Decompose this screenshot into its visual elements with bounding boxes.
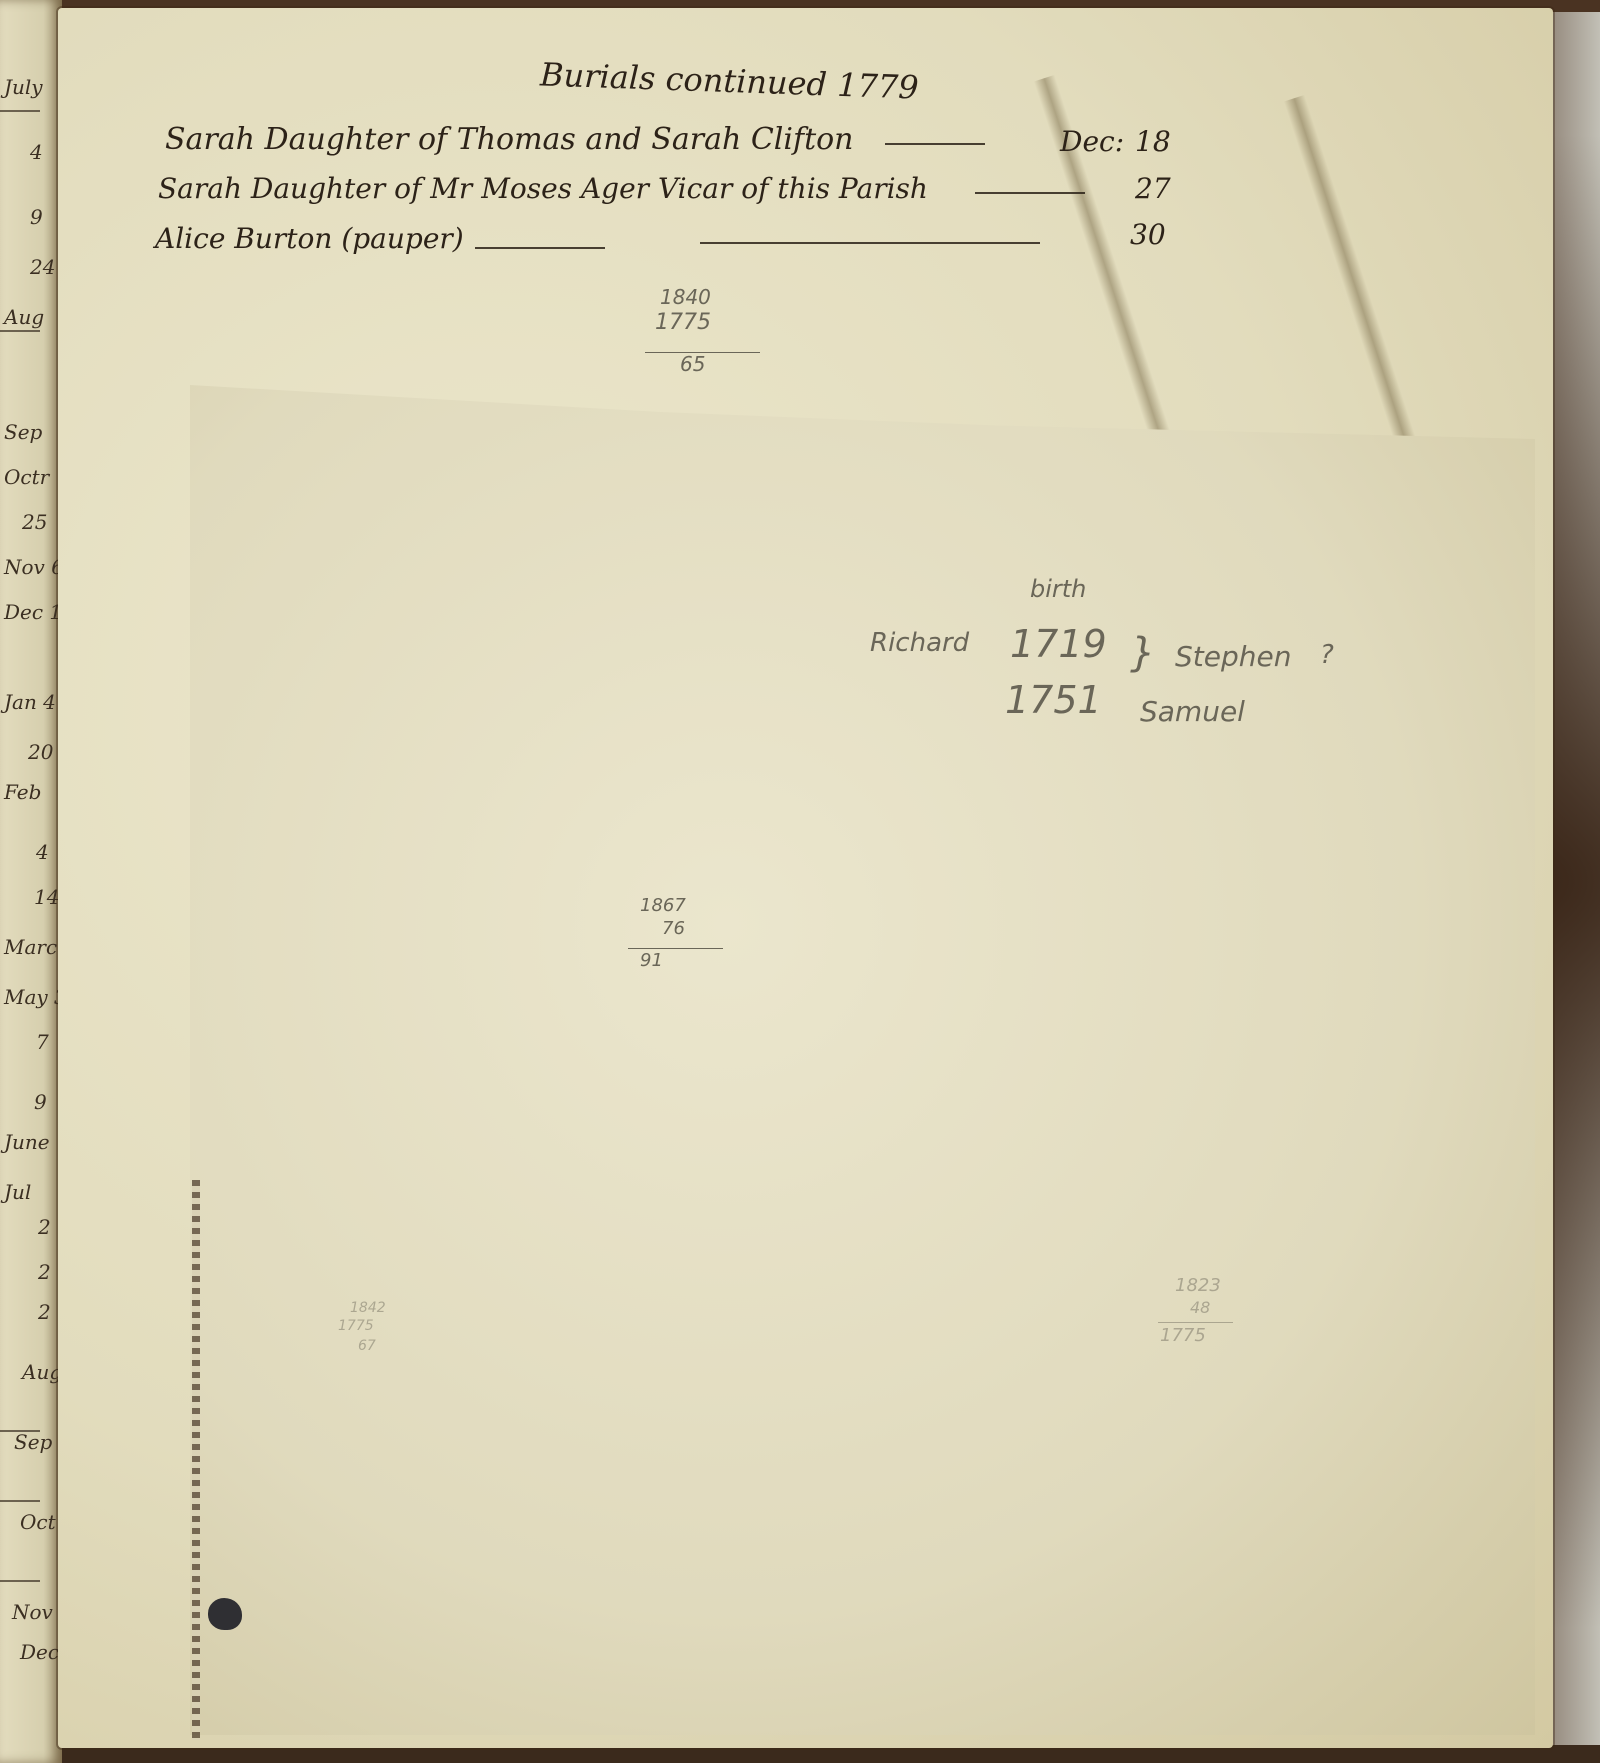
pencil-calc-result: 67 xyxy=(358,1338,376,1354)
entry-dash xyxy=(475,247,605,249)
pencil-year-1719: 1719 xyxy=(1010,622,1107,666)
pencil-calc-a: 1842 xyxy=(350,1300,386,1316)
pencil-calc-b: 1775 xyxy=(338,1318,374,1334)
margin-rule xyxy=(0,1580,40,1582)
margin-entry: July xyxy=(4,75,43,99)
pencil-sum-line xyxy=(628,948,723,949)
margin-entry: 2 xyxy=(38,1215,51,1239)
ink-blot xyxy=(208,1598,242,1630)
pencil-calc-a: 1840 xyxy=(660,285,711,309)
entry-dash xyxy=(975,192,1085,194)
margin-entry: 24 xyxy=(30,255,55,279)
pencil-birth-heading: birth xyxy=(1030,575,1086,603)
pencil-name-richard: Richard xyxy=(870,628,969,658)
margin-rule xyxy=(0,110,40,112)
margin-entry: 7 xyxy=(36,1030,49,1054)
pencil-calc-result: 65 xyxy=(680,352,705,376)
pasted-leaf xyxy=(190,385,1535,1735)
margin-rule xyxy=(0,330,40,332)
margin-entry: Jan 4 xyxy=(4,690,56,714)
pencil-calc-b: 76 xyxy=(662,918,685,939)
burial-entry-month: Dec: xyxy=(1060,125,1124,158)
burial-entry-name: Sarah Daughter of Thomas and Sarah Clift… xyxy=(165,122,854,157)
pencil-name-stephen: Stephen xyxy=(1175,640,1291,673)
pencil-year-1751: 1751 xyxy=(1005,678,1102,722)
margin-entry: Nov 6 xyxy=(4,555,64,579)
pencil-calc-a: 1823 xyxy=(1175,1275,1221,1296)
left-facing-page: July 4 9 24 Aug Sep Octr 25 Nov 6 Dec 1 … xyxy=(0,0,62,1763)
pencil-name-samuel: Samuel xyxy=(1140,695,1245,728)
burial-entry-day: 18 xyxy=(1135,125,1171,158)
entry-dash xyxy=(700,242,1040,244)
margin-entry: Dec xyxy=(20,1640,59,1664)
margin-entry: 25 xyxy=(22,510,47,534)
margin-entry: 9 xyxy=(34,1090,47,1114)
binding-stitching xyxy=(192,1180,200,1740)
margin-entry: 2 xyxy=(38,1300,51,1324)
pencil-query-mark: ? xyxy=(1320,640,1334,670)
margin-entry: 9 xyxy=(30,205,43,229)
margin-entry: Nov xyxy=(12,1600,53,1624)
margin-entry: Aug xyxy=(4,305,44,329)
margin-entry: Dec 1 xyxy=(4,600,62,624)
margin-rule xyxy=(0,1500,40,1502)
margin-entry: Oct xyxy=(20,1510,56,1534)
burial-entry-name: Alice Burton (pauper) xyxy=(155,222,464,255)
margin-rule xyxy=(0,1430,40,1432)
pencil-sum-line xyxy=(1158,1322,1233,1323)
margin-entry: Aug xyxy=(22,1360,62,1384)
margin-entry: 20 xyxy=(28,740,53,764)
pencil-calc-b: 48 xyxy=(1190,1298,1210,1317)
margin-entry: 14 xyxy=(34,885,59,909)
pencil-calc-result: 1775 xyxy=(1160,1325,1206,1346)
margin-entry: Feb xyxy=(4,780,41,804)
pencil-calc-b: 1775 xyxy=(655,310,711,335)
margin-entry: 2 xyxy=(38,1260,51,1284)
margin-entry: Jul xyxy=(4,1180,31,1204)
pencil-calc-a: 1867 xyxy=(640,895,686,916)
margin-entry: Octr xyxy=(4,465,49,489)
burial-entry-name: Sarah Daughter of Mr Moses Ager Vicar of… xyxy=(158,172,928,205)
margin-entry: June xyxy=(4,1130,50,1154)
margin-entry: 4 xyxy=(30,140,43,164)
pencil-calc-result: 91 xyxy=(640,950,663,971)
pencil-brace: } xyxy=(1130,630,1155,676)
margin-entry: Sep xyxy=(4,420,42,444)
burial-entry-day: 30 xyxy=(1130,218,1166,251)
margin-entry: Sep xyxy=(14,1430,52,1454)
burial-entry-day: 27 xyxy=(1135,172,1171,205)
entry-dash xyxy=(885,143,985,145)
margin-entry: 4 xyxy=(36,840,49,864)
